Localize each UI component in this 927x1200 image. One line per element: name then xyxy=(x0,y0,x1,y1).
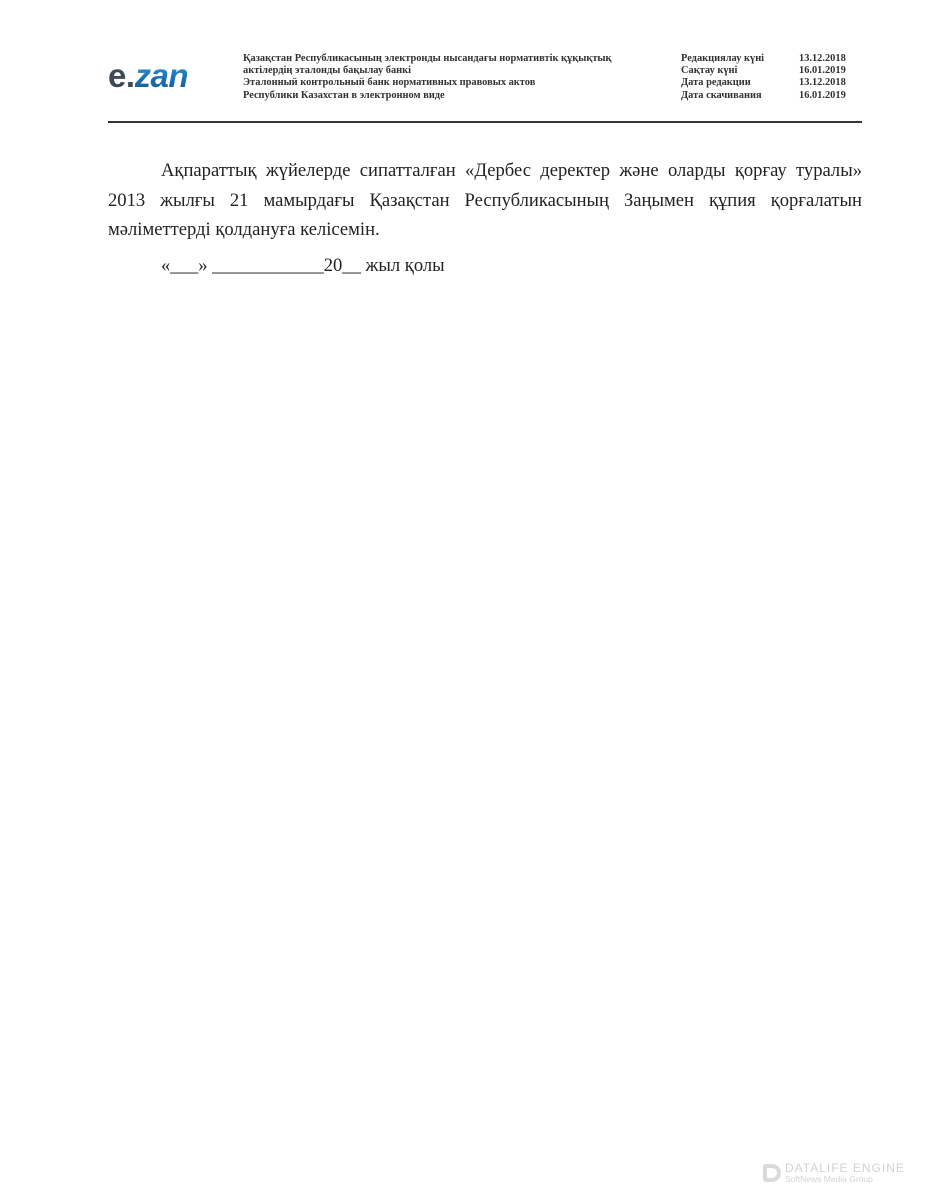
document-body: Ақпараттық жүйелерде сипатталған «Дербес… xyxy=(108,156,862,280)
signature-line: «___» ____________20__ жыл қолы xyxy=(108,251,862,281)
header-divider xyxy=(108,121,862,123)
meta-label: Дата скачивания xyxy=(681,90,799,102)
meta-value: 13.12.2018 xyxy=(799,77,859,89)
document-header: e.zan Қазақстан Республикасының электрон… xyxy=(108,50,862,120)
meta-row-edit-date-kz: Редакциялау күні 13.12.2018 xyxy=(681,53,859,65)
watermark-title: DataLife Engine xyxy=(785,1162,905,1174)
header-title: Қазақстан Республикасының электронды ныс… xyxy=(243,53,663,102)
meta-value: 13.12.2018 xyxy=(799,53,859,65)
meta-value: 16.01.2019 xyxy=(799,90,859,102)
meta-row-edit-date-ru: Дата редакции 13.12.2018 xyxy=(681,77,859,89)
header-title-line: Қазақстан Республикасының электронды ныс… xyxy=(243,53,663,65)
header-title-line: актілердің эталонды бақылау банкі xyxy=(243,65,663,77)
header-title-line: Эталонный контрольный банк нормативных п… xyxy=(243,77,663,89)
meta-label: Редакциялау күні xyxy=(681,53,799,65)
logo-prefix: e. xyxy=(108,57,135,94)
watermark-subtitle: SoftNews Media Group xyxy=(785,1174,905,1184)
header-meta: Редакциялау күні 13.12.2018 Сақтау күні … xyxy=(681,53,859,102)
watermark-text: DataLife Engine SoftNews Media Group xyxy=(785,1162,905,1184)
consent-paragraph: Ақпараттық жүйелерде сипатталған «Дербес… xyxy=(108,156,862,245)
meta-label: Дата редакции xyxy=(681,77,799,89)
meta-value: 16.01.2019 xyxy=(799,65,859,77)
meta-row-download-date-ru: Дата скачивания 16.01.2019 xyxy=(681,90,859,102)
header-title-line: Республики Казахстан в электронном виде xyxy=(243,90,663,102)
meta-row-save-date-kz: Сақтау күні 16.01.2019 xyxy=(681,65,859,77)
watermark: DataLife Engine SoftNews Media Group xyxy=(763,1162,905,1184)
datalife-logo-icon xyxy=(763,1164,781,1182)
meta-label: Сақтау күні xyxy=(681,65,799,77)
logo-name: zan xyxy=(135,57,189,94)
ezan-logo: e.zan xyxy=(108,58,188,94)
